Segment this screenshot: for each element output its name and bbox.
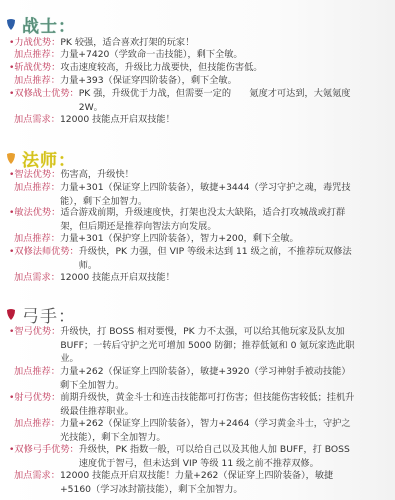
section-title-warrior: 战士： — [6, 12, 76, 37]
archer-row-5: •双修弓手优势：升级快，PK 指数一般，可以给自己以及其他人加 BUFF，打 B… — [9, 443, 355, 470]
red-heart-icon — [6, 309, 16, 321]
archer-row-3: •射弓优势：前期升级快，黄金斗士和连击技能都可打伤害；但技能伤害较低；挂机升级最… — [9, 391, 355, 418]
warrior-row-6: 加点需求：12000 技能点开启双技能！ — [9, 113, 381, 127]
warrior-row-2: 加点推荐：力量+7420（学致命一击技能），剩下全敏。 — [9, 48, 381, 62]
orange-heart-icon — [6, 153, 16, 165]
warrior-row-3: •斩战优势：攻击速度较高，升级比力战要快，但技能伤害低。 — [9, 61, 381, 75]
blue-heart-icon — [6, 19, 16, 31]
archer-row-6: 加点需求：12000 技能点开启双技能！力量+262（保证穿上四阶装备），敏捷+… — [9, 469, 355, 496]
mage-row-3: •敏法优势：适合游戏前期，升级速度快，打架也没太大缺陷，适合打攻城战或打群架，但… — [9, 206, 355, 233]
mage-row-6: 加点需求：12000 技能点开启双技能！ — [9, 271, 381, 285]
mage-row-2: 加点推荐：力量+301（保证穿上四阶装备），敏捷+3444（学习守护之魂，毒咒技… — [9, 181, 355, 208]
mage-row-5: •双修法师优势：升级快，PK 力强，但 VIP 等级未达到 11 级之前，不推荐… — [9, 245, 355, 272]
mage-row-1: •智法优势：伤害高，升级快！ — [9, 168, 381, 182]
section-title-archer: 弓手： — [6, 302, 76, 327]
archer-row-1: •智弓优势：升级快，打 BOSS 相对要慢，PK 力不太强，可以给其他玩家及队友… — [9, 325, 355, 366]
warrior-row-4: 加点推荐：力量+393（保证穿四阶装备），剩下全敏。 — [9, 74, 381, 88]
warrior-row-5: •双修战士优势：PK 强，升级优于力战，但需要一定的 氪度才可达到，大氪氪度 2… — [9, 87, 355, 114]
mage-row-4: 加点推荐：力量+301（保护穿上四阶装备），智力+200，剩下全敏。 — [9, 232, 381, 246]
archer-row-4: 加点推荐：力量+262（保证穿上四阶装备），智力+2464（学习黄金斗士，守护之… — [9, 417, 355, 444]
archer-row-2: 加点推荐：力量+262（保证穿上四阶装备），敏捷+3920（学习神射手被动技能）… — [9, 365, 355, 392]
